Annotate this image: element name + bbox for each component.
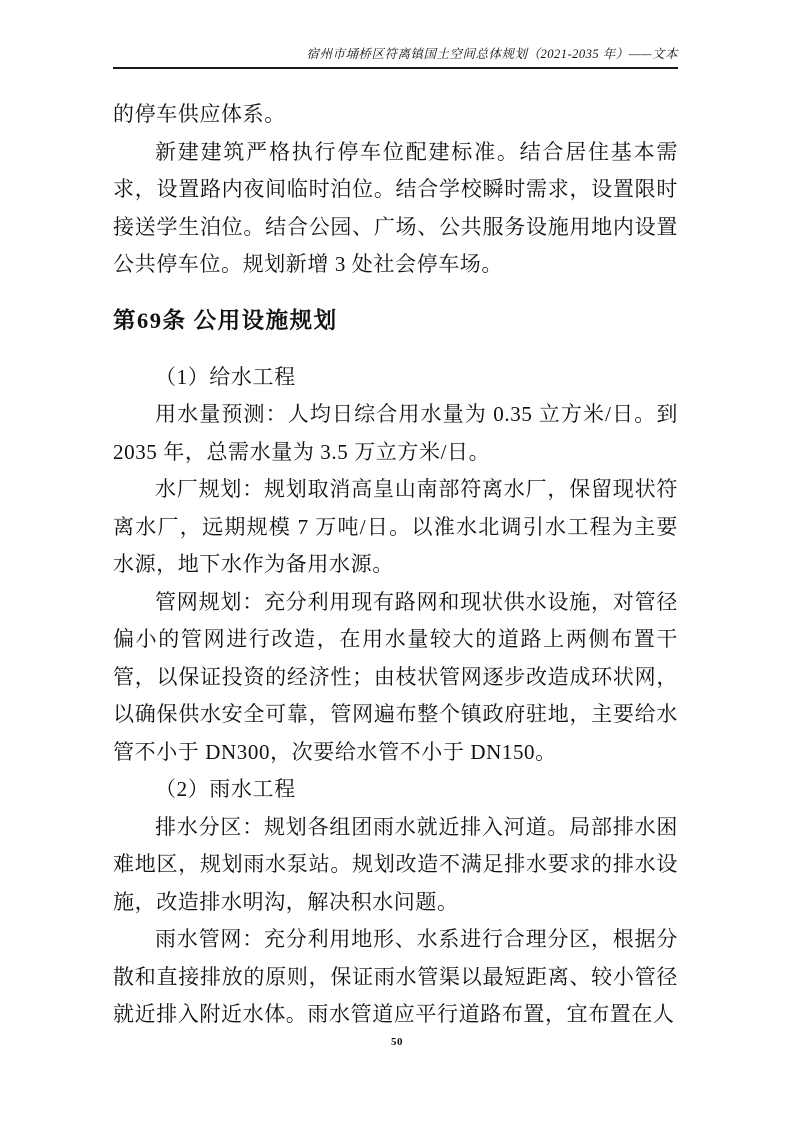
paragraph: 排水分区：规划各组团雨水就近排入河道。局部排水困难地区，规划雨水泵站。规划改造不… bbox=[113, 809, 678, 922]
page-number: 50 bbox=[391, 1036, 403, 1048]
document-page: 宿州市埇桥区符离镇国土空间总体规划（2021-2035 年）——文本 的停车供应… bbox=[0, 0, 794, 1123]
section-heading: 第69条 公用设施规划 bbox=[113, 306, 678, 336]
document-body: 的停车供应体系。 新建建筑严格执行停车位配建标准。结合居住基本需求，设置路内夜间… bbox=[113, 96, 678, 1034]
header-title: 宿州市埇桥区符离镇国土空间总体规划（2021-2035 年）——文本 bbox=[306, 47, 678, 61]
paragraph: 管网规划：充分利用现有路网和现状供水设施，对管径偏小的管网进行改造，在用水量较大… bbox=[113, 584, 678, 772]
sub-item-heading: （2）雨水工程 bbox=[113, 771, 678, 809]
paragraph: 雨水管网：充分利用地形、水系进行合理分区，根据分散和直接排放的原则，保证雨水管渠… bbox=[113, 921, 678, 1034]
paragraph-continuation: 的停车供应体系。 bbox=[113, 96, 678, 134]
paragraph: 新建建筑严格执行停车位配建标准。结合居住基本需求，设置路内夜间临时泊位。结合学校… bbox=[113, 134, 678, 284]
page-footer: 50 bbox=[0, 1036, 794, 1048]
page-header: 宿州市埇桥区符离镇国土空间总体规划（2021-2035 年）——文本 bbox=[113, 0, 678, 69]
sub-item-heading: （1）给水工程 bbox=[113, 359, 678, 397]
paragraph: 水厂规划：规划取消高皇山南部符离水厂，保留现状符离水厂，远期规模 7 万吨/日。… bbox=[113, 471, 678, 584]
paragraph: 用水量预测：人均日综合用水量为 0.35 立方米/日。到 2035 年，总需水量… bbox=[113, 396, 678, 471]
